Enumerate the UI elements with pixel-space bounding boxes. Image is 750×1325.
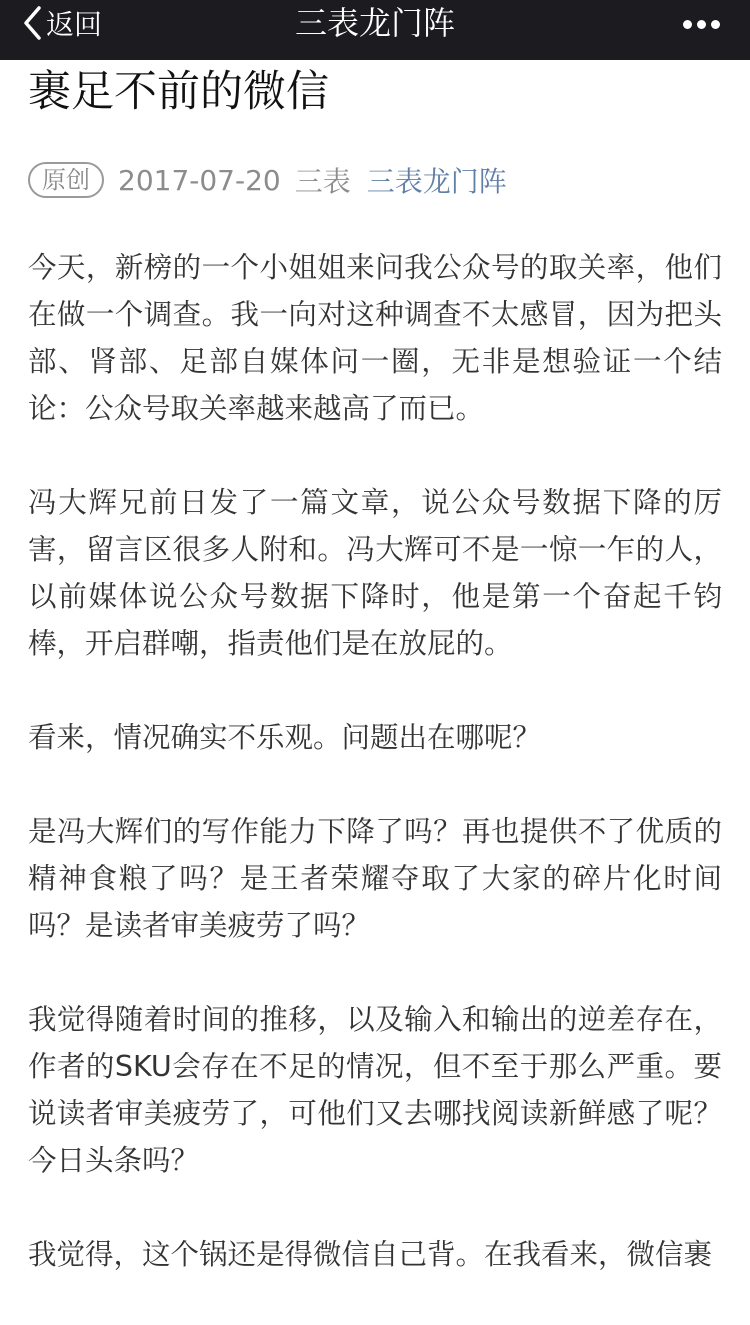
paragraph: 看来，情况确实不乐观。问题出在哪呢？ bbox=[28, 714, 722, 761]
back-label: 返回 bbox=[46, 3, 102, 43]
paragraph: 我觉得，这个锅还是得微信自己背。在我看来，微信裹 bbox=[28, 1231, 722, 1278]
back-button[interactable]: 返回 bbox=[22, 0, 102, 46]
paragraph: 是冯大辉们的写作能力下降了吗？再也提供不了优质的精神食粮了吗？是王者荣耀夺取了大… bbox=[28, 808, 722, 949]
author-name: 三表 bbox=[295, 160, 351, 200]
paragraph: 今天，新榜的一个小姐姐来问我公众号的取关率，他们在做一个调查。我一向对这种调查不… bbox=[28, 244, 722, 432]
publish-date: 2017-07-20 bbox=[118, 164, 281, 197]
article-title: 裹足不前的微信 bbox=[28, 62, 722, 122]
article-meta: 原创 2017-07-20 三表 三表龙门阵 bbox=[28, 158, 722, 202]
chevron-left-icon bbox=[22, 5, 42, 41]
account-link[interactable]: 三表龙门阵 bbox=[367, 160, 507, 200]
more-dots-icon bbox=[683, 20, 720, 29]
top-navigation-bar: 返回 三表龙门阵 bbox=[0, 0, 750, 60]
more-button[interactable] bbox=[683, 14, 720, 34]
nav-title: 三表龙门阵 bbox=[0, 0, 750, 46]
original-badge: 原创 bbox=[28, 162, 104, 198]
paragraph: 我觉得随着时间的推移，以及输入和输出的逆差存在，作者的SKU会存在不足的情况，但… bbox=[28, 996, 722, 1184]
article-content: 裹足不前的微信 原创 2017-07-20 三表 三表龙门阵 今天，新榜的一个小… bbox=[0, 60, 750, 1280]
article-body: 今天，新榜的一个小姐姐来问我公众号的取关率，他们在做一个调查。我一向对这种调查不… bbox=[28, 244, 722, 1278]
paragraph: 冯大辉兄前日发了一篇文章，说公众号数据下降的厉害，留言区很多人附和。冯大辉可不是… bbox=[28, 479, 722, 667]
